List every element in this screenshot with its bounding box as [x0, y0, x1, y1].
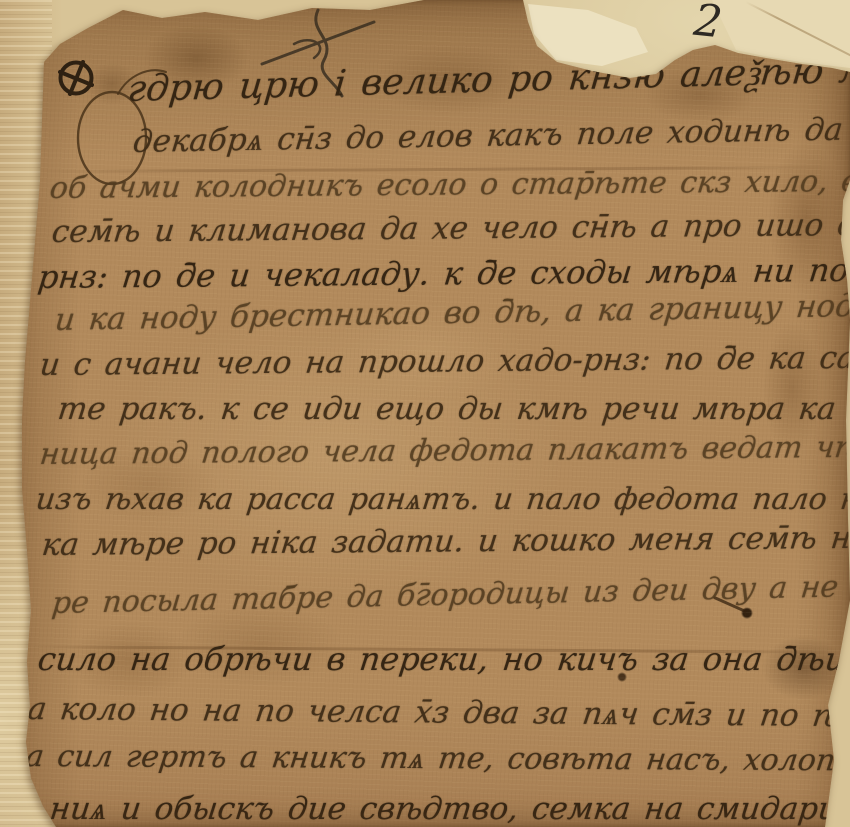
manuscript-sheet-wrapper: гдрю црю і велико ро кнзю алеѯѣю михаило…: [0, 0, 850, 827]
scanned-manuscript-document: 2: [0, 0, 850, 827]
manuscript-page: гдрю црю і велико ро кнзю алеѯѣю михаило…: [0, 0, 850, 827]
edge-vignette: [0, 0, 850, 827]
